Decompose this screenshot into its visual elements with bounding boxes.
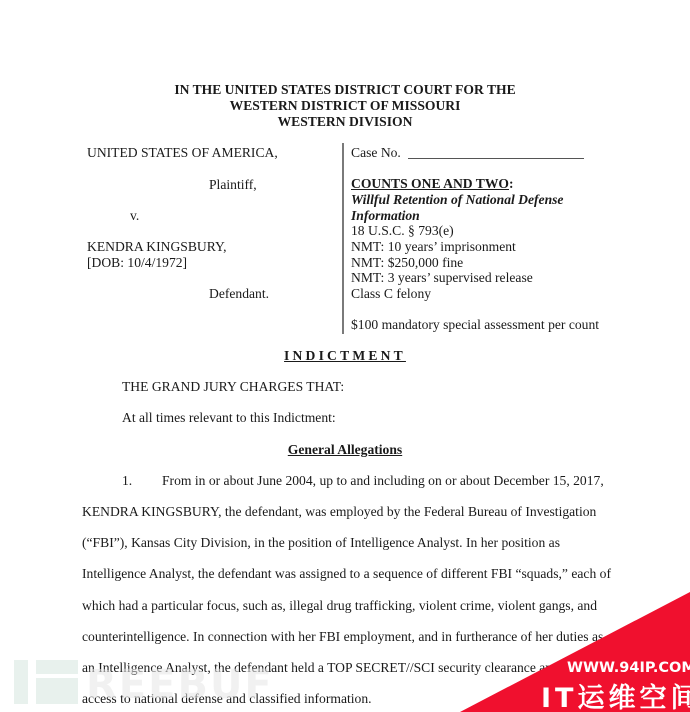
relevant-times: At all times relevant to this Indictment… <box>122 410 336 426</box>
counts-title: COUNTS ONE AND TWO: <box>351 176 514 192</box>
watermark-site-url: WWW.94IP.COM <box>567 660 690 676</box>
grand-jury-charges: THE GRAND JURY CHARGES THAT: <box>122 379 344 395</box>
watermark-site-name: IT运维空间 <box>541 676 690 712</box>
paragraph-line: (“FBI”), Kansas City Division, in the po… <box>82 535 560 551</box>
charge-line-2: Information <box>351 208 420 224</box>
paragraph-number: 1. <box>122 473 132 489</box>
statute: 18 U.S.C. § 793(e) <box>351 223 454 239</box>
paragraph-line: which had a particular focus, such as, i… <box>82 598 597 614</box>
case-no-label: Case No. <box>351 145 401 161</box>
watermark-logo-bar <box>36 678 78 704</box>
defendant-dob: [DOB: 10/4/1972] <box>87 255 187 271</box>
paragraph-line: Intelligence Analyst, the defendant was … <box>82 566 611 582</box>
court-heading-line-1: IN THE UNITED STATES DISTRICT COURT FOR … <box>0 82 690 98</box>
court-heading-line-2: WESTERN DISTRICT OF MISSOURI <box>0 98 690 114</box>
penalty-fine: NMT: $250,000 fine <box>351 255 463 271</box>
watermark-logo-bar <box>14 660 28 704</box>
caption-divider <box>342 143 344 334</box>
watermark-logo-bar <box>36 660 78 674</box>
plaintiff-label: Plaintiff, <box>209 177 257 193</box>
indictment-title: INDICTMENT <box>0 348 690 364</box>
court-heading-line-3: WESTERN DIVISION <box>0 114 690 130</box>
case-no-field <box>408 158 584 159</box>
versus: v. <box>130 208 139 224</box>
court-heading: IN THE UNITED STATES DISTRICT COURT FOR … <box>0 82 690 130</box>
section-heading-general-allegations: General Allegations <box>0 442 690 458</box>
penalty-imprisonment: NMT: 10 years’ imprisonment <box>351 239 516 255</box>
charge-line-1: Willful Retention of National Defense <box>351 192 563 208</box>
watermark-logo-text: REEBUF <box>86 662 274 708</box>
paragraph-line: counterintelligence. In connection with … <box>82 629 603 645</box>
defendant-label: Defendant. <box>209 286 269 302</box>
document-page: IN THE UNITED STATES DISTRICT COURT FOR … <box>0 0 690 712</box>
special-assessment: $100 mandatory special assessment per co… <box>351 317 599 333</box>
defendant-name: KENDRA KINGSBURY, <box>87 239 227 255</box>
plaintiff-name: UNITED STATES OF AMERICA, <box>87 145 278 161</box>
paragraph-line: KENDRA KINGSBURY, the defendant, was emp… <box>82 504 596 520</box>
penalty-release: NMT: 3 years’ supervised release <box>351 270 533 286</box>
counts-title-text: COUNTS ONE AND TWO <box>351 176 509 191</box>
counts-title-colon: : <box>509 176 514 191</box>
paragraph-line: From in or about June 2004, up to and in… <box>162 473 604 489</box>
felony-class: Class C felony <box>351 286 431 302</box>
freebuf-watermark: REEBUF <box>14 660 234 704</box>
